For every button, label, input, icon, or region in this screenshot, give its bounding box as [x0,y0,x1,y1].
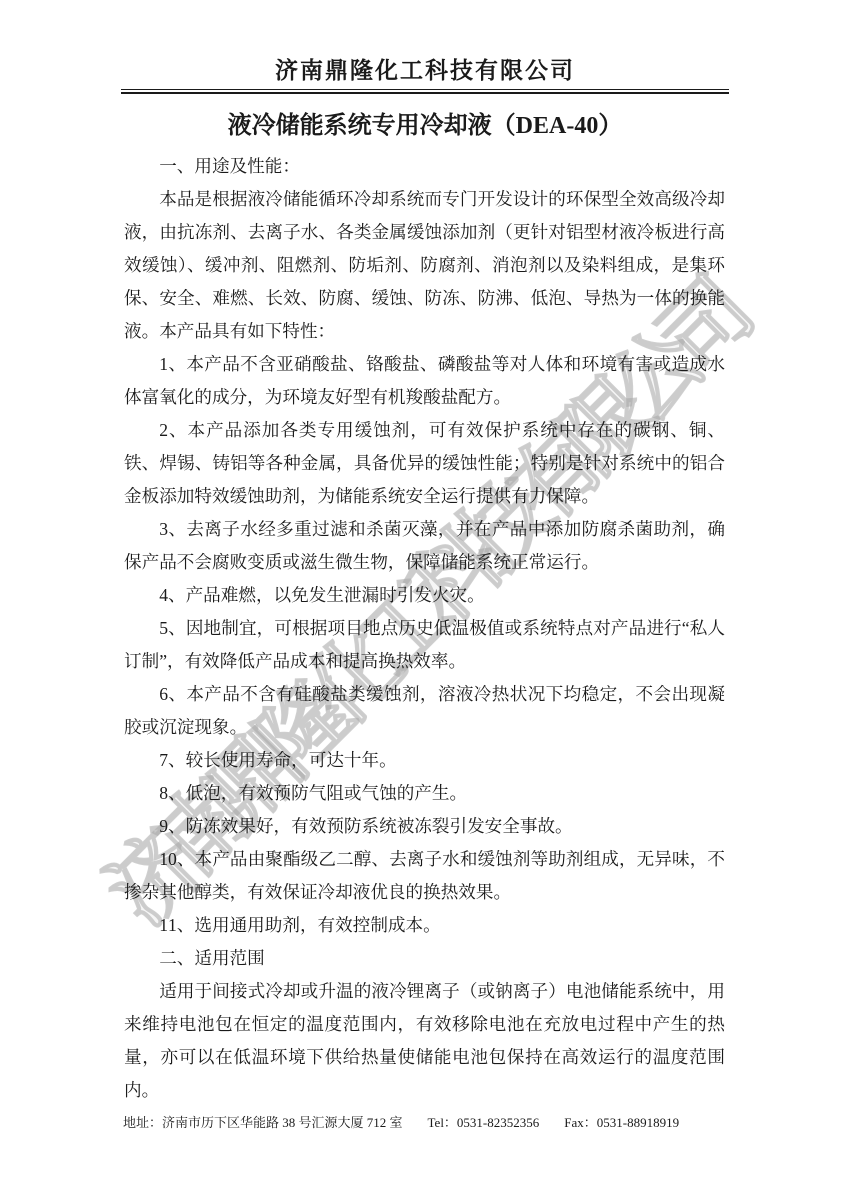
footer-tel: Tel：0531-82352356 [428,1112,540,1131]
body-paragraph: 本品是根据液冷储能循环冷却系统而专门开发设计的环保型全效高级冷却液，由抗冻剂、去… [124,183,725,348]
body-paragraph: 7、较长使用寿命，可达十年。 [124,744,725,777]
company-name-header: 济南鼎隆化工科技有限公司 [122,52,728,85]
body-paragraph: 4、产品难燃，以免发生泄漏时引发火灾。 [124,579,725,612]
footer-address: 地址：济南市历下区华能路 38 号汇源大厦 712 室 [123,1112,403,1131]
body-paragraph: 6、本产品不含有硅酸盐类缓蚀剂，溶液冷热状况下均稳定，不会出现凝胶或沉淀现象。 [124,678,725,744]
body-paragraph: 3、去离子水经多重过滤和杀菌灭藻，并在产品中添加防腐杀菌助剂，确保产品不会腐败变… [124,513,725,579]
body-paragraph: 适用于间接式冷却或升温的液冷锂离子（或钠离子）电池储能系统中，用来维持电池包在恒… [124,975,725,1107]
document-body: 一、用途及性能：本品是根据液冷储能循环冷却系统而专门开发设计的环保型全效高级冷却… [124,150,725,1107]
body-paragraph: 二、适用范围 [124,942,725,975]
page-footer: 地址：济南市历下区华能路 38 号汇源大厦 712 室 Tel：0531-823… [123,1112,733,1131]
body-paragraph: 5、因地制宜，可根据项目地点历史低温极值或系统特点对产品进行“私人订制”，有效降… [124,612,725,678]
body-paragraph: 2、本产品添加各类专用缓蚀剂，可有效保护系统中存在的碳钢、铜、铁、焊锡、铸铝等各… [124,414,725,513]
body-paragraph: 1、本产品不含亚硝酸盐、铬酸盐、磷酸盐等对人体和环境有害或造成水体富氧化的成分，… [124,348,725,414]
body-paragraph: 一、用途及性能： [124,150,725,183]
document-title: 液冷储能系统专用冷却液（DEA-40） [122,105,728,140]
body-paragraph: 9、防冻效果好，有效预防系统被冻裂引发安全事故。 [124,810,725,843]
body-paragraph: 10、本产品由聚酯级乙二醇、去离子水和缓蚀剂等助剂组成，无异味，不掺杂其他醇类，… [124,843,725,909]
header-divider-rule [121,89,729,94]
footer-fax: Fax：0531-88918919 [564,1112,679,1131]
body-paragraph: 8、低泡，有效预防气阻或气蚀的产生。 [124,777,725,810]
document-page: 济南鼎隆化工科技有限公司 济南鼎隆化工科技有限公司 液冷储能系统专用冷却液（DE… [0,0,849,1200]
body-paragraph: 11、选用通用助剂，有效控制成本。 [124,909,725,942]
